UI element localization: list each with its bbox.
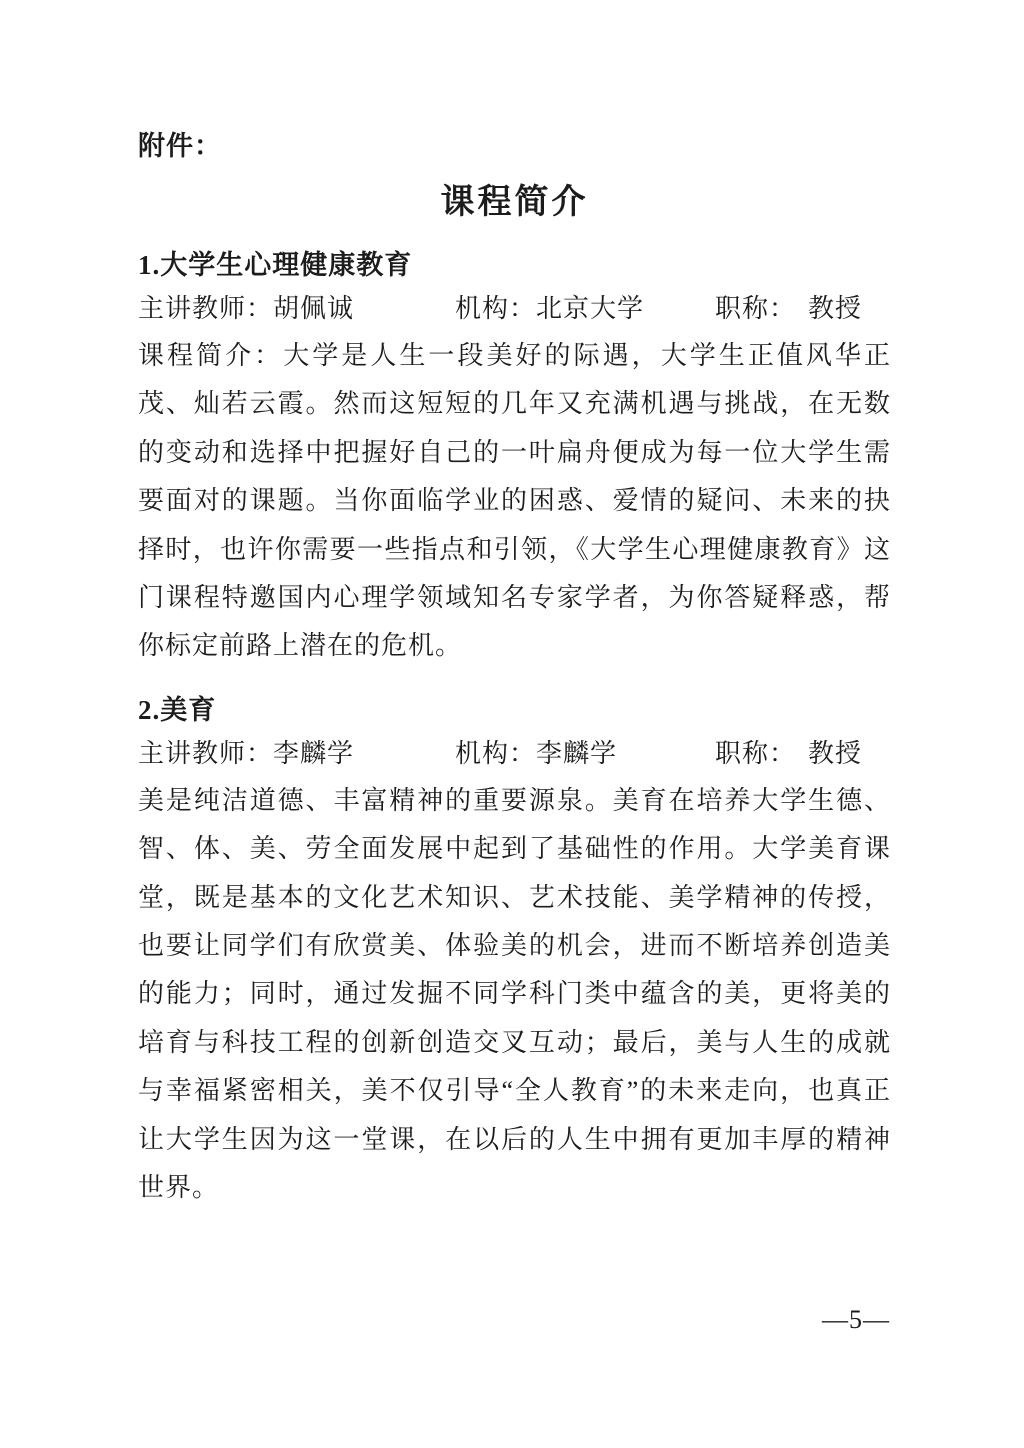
- course-2-heading: 2.美育: [138, 689, 891, 731]
- course-1-org: 机构：北京大学: [455, 286, 715, 332]
- course-section-2: 2.美育 主讲教师：李麟学 机构：李麟学 职称：教授 美是纯洁道德、丰富精神的重…: [138, 689, 891, 1213]
- course-2-description: 美是纯洁道德、丰富精神的重要源泉。美育在培养大学生德、智、体、美、劳全面发展中起…: [138, 777, 891, 1213]
- course-2-rank: 职称：教授: [715, 731, 891, 777]
- document-content: 附件： 课程简介 1.大学生心理健康教育 主讲教师：胡佩诚 机构：北京大学 职称…: [138, 126, 891, 1213]
- course-1-heading: 1.大学生心理健康教育: [138, 244, 891, 286]
- course-2-meta-row: 主讲教师：李麟学 机构：李麟学 职称：教授: [138, 731, 891, 777]
- course-2-org: 机构：李麟学: [455, 731, 715, 777]
- course-1-teacher: 主讲教师：胡佩诚: [138, 286, 455, 332]
- org-name: 李麟学: [536, 739, 617, 768]
- org-label: 机构：: [455, 739, 536, 768]
- rank-label: 职称：: [715, 294, 796, 323]
- page-number: —5—: [822, 1305, 890, 1335]
- document-page: 附件： 课程简介 1.大学生心理健康教育 主讲教师：胡佩诚 机构：北京大学 职称…: [0, 0, 1024, 1448]
- page-title: 课程简介: [138, 180, 891, 226]
- rank-name: 教授: [808, 739, 862, 768]
- teacher-name: 李麟学: [273, 739, 354, 768]
- rank-label: 职称：: [715, 739, 796, 768]
- course-1-description: 课程简介：大学是人生一段美好的际遇，大学生正值风华正茂、灿若云霞。然而这短短的几…: [138, 332, 891, 671]
- teacher-label: 主讲教师：: [138, 294, 273, 323]
- attachment-label: 附件：: [138, 126, 891, 166]
- org-name: 北京大学: [536, 294, 644, 323]
- course-2-teacher: 主讲教师：李麟学: [138, 731, 455, 777]
- org-label: 机构：: [455, 294, 536, 323]
- course-section-1: 1.大学生心理健康教育 主讲教师：胡佩诚 机构：北京大学 职称：教授 课程简介：…: [138, 244, 891, 671]
- teacher-label: 主讲教师：: [138, 739, 273, 768]
- rank-name: 教授: [808, 294, 862, 323]
- teacher-name: 胡佩诚: [273, 294, 354, 323]
- course-1-meta-row: 主讲教师：胡佩诚 机构：北京大学 职称：教授: [138, 286, 891, 332]
- course-1-rank: 职称：教授: [715, 286, 891, 332]
